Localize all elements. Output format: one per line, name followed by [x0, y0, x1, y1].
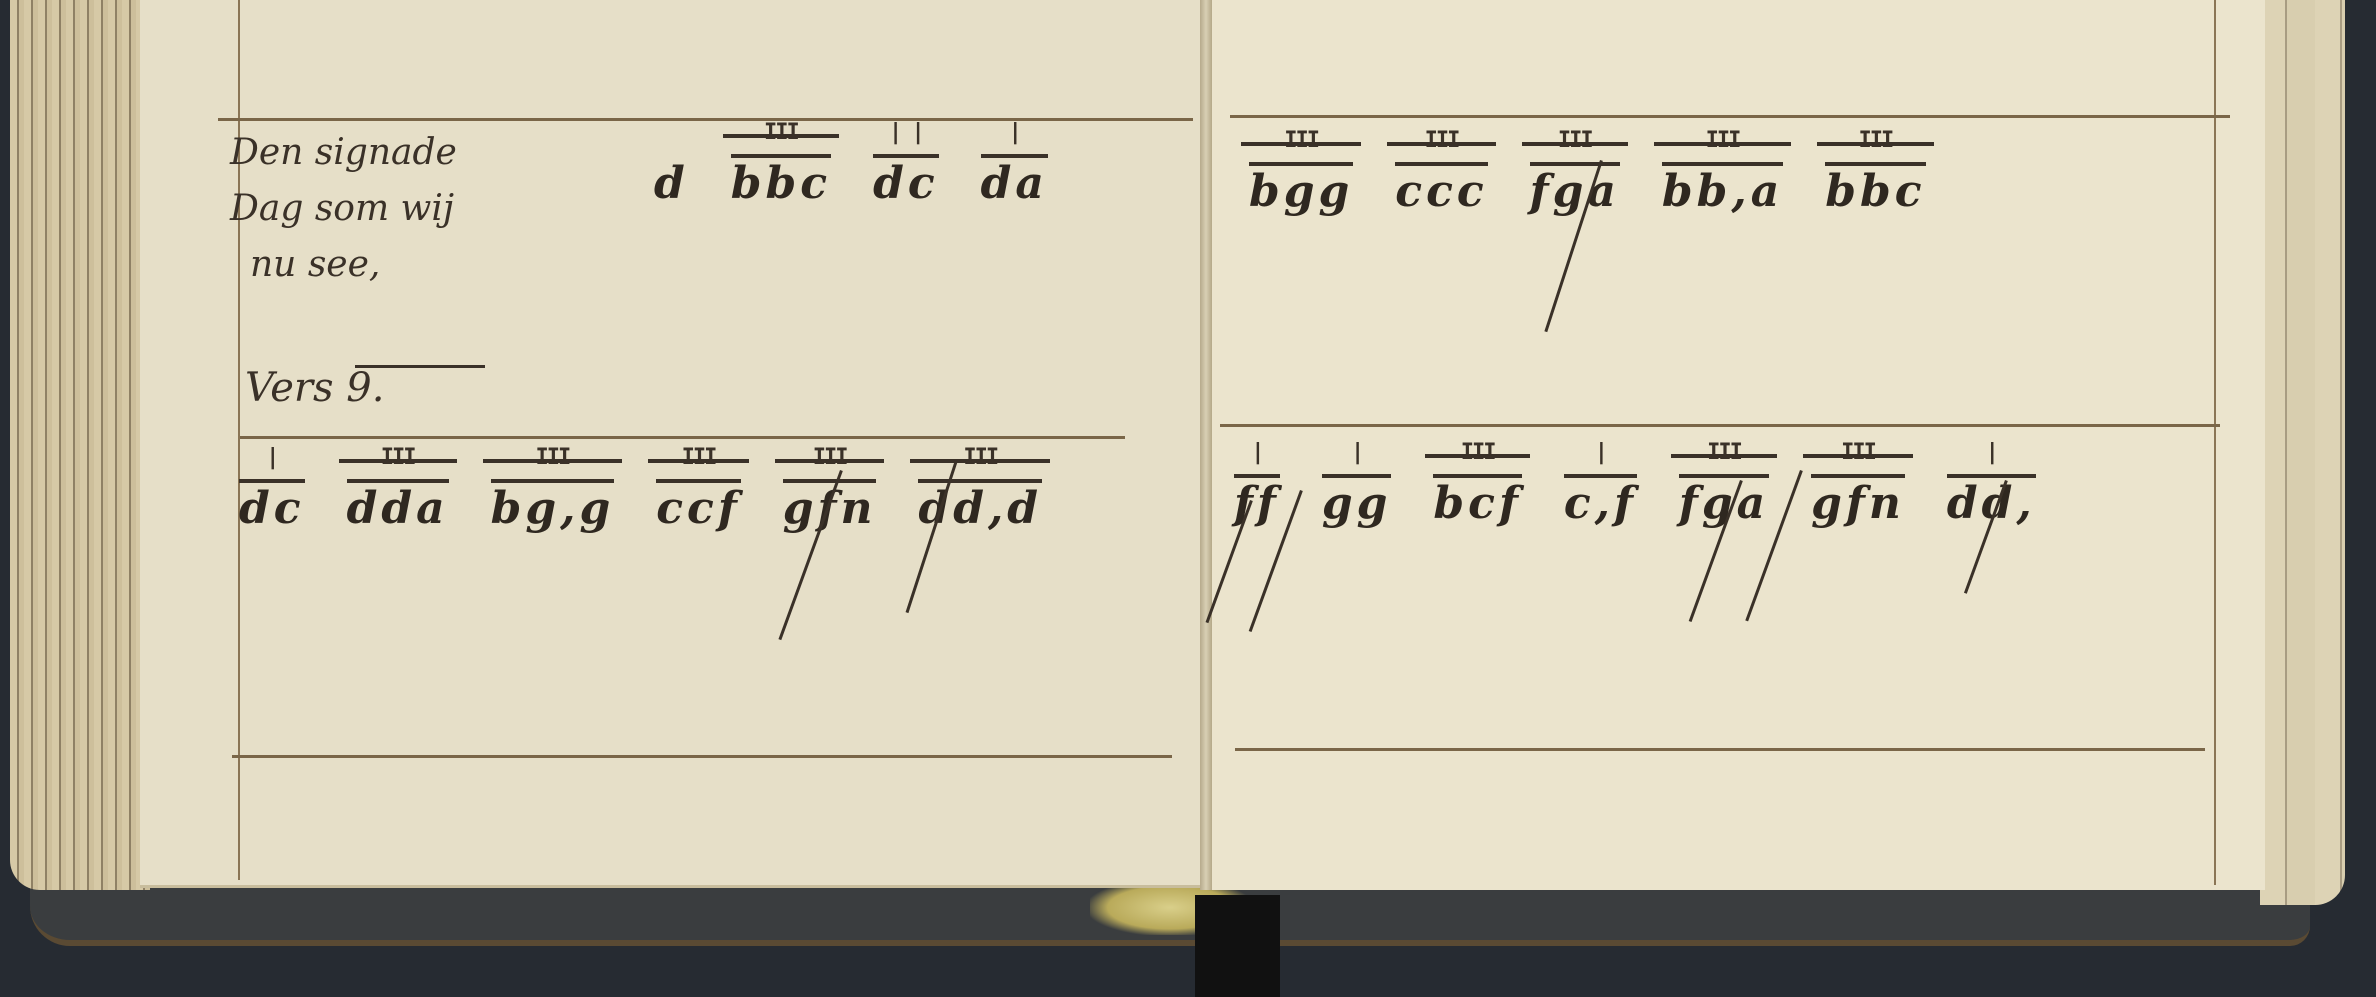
tab-group: IIIccf	[642, 445, 755, 537]
system1-left-tablature: d IIIbbc | |dc |da	[640, 120, 1076, 212]
tab-group: IIIfga	[1516, 128, 1634, 220]
system2-left-tablature: |dc IIIdda IIIbg,g IIIccf IIIgfn IIIdd,d	[225, 445, 1070, 537]
book-gutter	[1200, 0, 1212, 890]
bookmark-ribbon	[1195, 895, 1280, 997]
tab-group: |ff	[1220, 440, 1294, 532]
system1-top-rule-right	[1230, 115, 2230, 118]
right-page-edges	[2260, 0, 2345, 905]
title-line-2: Dag som wij	[230, 181, 530, 237]
tab-group: IIIbb,a	[1648, 128, 1797, 220]
tab-group: IIIdd,d	[904, 445, 1056, 537]
tab-group: IIIfga	[1665, 440, 1783, 532]
tab-group: |da	[967, 120, 1062, 212]
tab-group: IIIbbc	[717, 120, 845, 212]
tab-group: |dc	[225, 445, 319, 537]
tab-group: | |dc	[859, 120, 953, 212]
left-page-edges	[10, 0, 150, 890]
system2-right-tablature: |ff |gg IIIbcf |c,f IIIfga IIIgfn |dd,	[1220, 440, 2064, 532]
tab-group: d	[640, 124, 703, 212]
right-margin-line	[2214, 0, 2216, 885]
tab-group: IIIgfn	[769, 445, 891, 537]
tab-group: IIIccc	[1381, 128, 1501, 220]
tab-group: IIIbgg	[1235, 128, 1367, 220]
title-line-3: nu see,	[230, 237, 530, 293]
title-line-1: Den signade	[230, 125, 530, 181]
hymn-title: Den signade Dag som wij nu see,	[230, 125, 530, 293]
verse-label: Vers 9.	[245, 365, 384, 411]
bottom-rule-right	[1235, 748, 2205, 751]
system2-top-rule-left	[240, 436, 1125, 439]
tab-group: |c,f	[1550, 440, 1651, 532]
tab-group: |gg	[1308, 440, 1406, 532]
tab-group: IIIbg,g	[477, 445, 629, 537]
tab-group: IIIdda	[333, 445, 463, 537]
bottom-rule-left	[232, 755, 1172, 758]
tab-group: IIIbbc	[1811, 128, 1939, 220]
tab-group: IIIgfn	[1797, 440, 1919, 532]
tab-group: IIIbcf	[1419, 440, 1535, 532]
system2-top-rule-right	[1220, 424, 2220, 427]
